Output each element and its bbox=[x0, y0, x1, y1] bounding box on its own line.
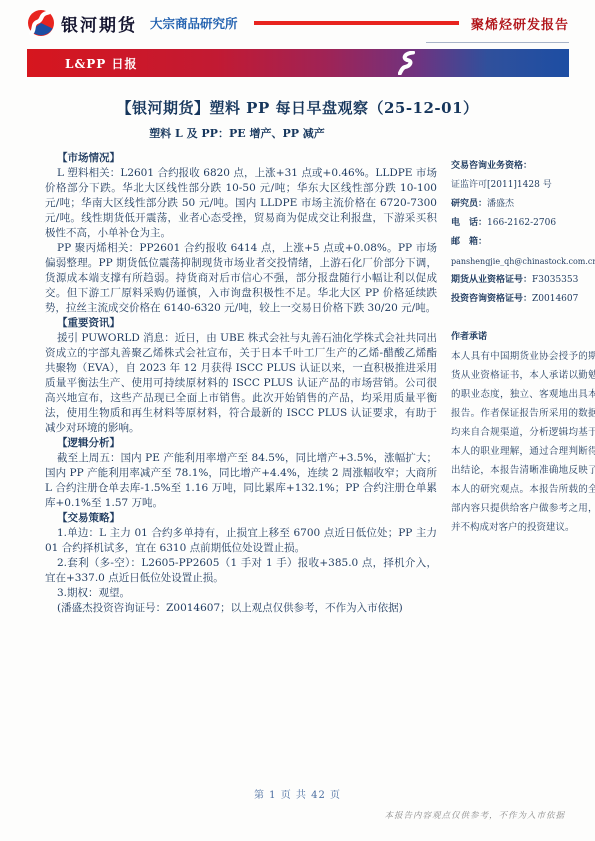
institute-name: 大宗商品研究所 bbox=[150, 14, 238, 32]
report-header: 银河期货 大宗商品研究所 聚烯烃研发报告 L&PP 日报 bbox=[0, 0, 595, 77]
header-divider-line bbox=[254, 21, 459, 25]
report-tag-underline bbox=[426, 42, 569, 43]
email-label: 邮 箱： bbox=[451, 237, 487, 247]
page-number: 第 1 页 共 42 页 bbox=[0, 786, 595, 801]
paragraph-l-plastic: L 塑料相关：L2601 合约报收 6820 点，上涨+31 点或+0.46%。… bbox=[45, 166, 437, 241]
strategy-item-options: 3.期权：观望。 bbox=[45, 586, 437, 601]
qualification-row: 交易咨询业务资格： bbox=[451, 157, 595, 176]
email-row: 邮 箱： bbox=[451, 233, 595, 252]
paragraph-news: 援引 PUWORLD 消息：近日，由 UBE 株式会社与丸善石油化学株式会社共同… bbox=[45, 331, 437, 436]
section-heading-news: 【重要资讯】 bbox=[45, 316, 437, 331]
email-address: panshengjie_qh@chinastock.com.cn bbox=[451, 252, 595, 271]
main-column: 【市场情况】 L 塑料相关：L2601 合约报收 6820 点，上涨+31 点或… bbox=[45, 151, 437, 616]
author-promise-text: 本人具有中国期货业协会授予的期货从业资格证书，本人承诺以勤勉的职业态度，独立、客… bbox=[451, 347, 595, 537]
researcher-label: 研究员： bbox=[451, 199, 487, 209]
futures-cert-number: F3035353 bbox=[532, 275, 578, 285]
license-number: 证监许可[2011]1428 号 bbox=[451, 176, 595, 195]
section-heading-logic: 【逻辑分析】 bbox=[45, 436, 437, 451]
brand-name: 银河期货 bbox=[61, 11, 137, 36]
page-title: 【银河期货】塑料 PP 每日早盘观察（25-12-01） bbox=[0, 97, 595, 118]
advisory-cert-label: 投资咨询资格证号： bbox=[451, 294, 532, 304]
phone-label: 电 话： bbox=[451, 218, 487, 228]
banner-s-swoosh-icon bbox=[398, 51, 415, 79]
report-tag: 聚烯烃研发报告 bbox=[471, 14, 569, 33]
page-subtitle: 塑料 L 及 PP：PE 增产、PP 减产 bbox=[27, 125, 447, 141]
futures-cert-row: 期货从业资格证号：F3035353 bbox=[451, 271, 595, 290]
phone-number: 166-2162-2706 bbox=[487, 218, 556, 228]
author-promise-heading: 作者承诺 bbox=[451, 328, 595, 347]
futures-cert-label: 期货从业资格证号： bbox=[451, 275, 532, 285]
strategy-disclaimer-note: (潘盛杰投资咨询证号：Z0014607；以上观点仅供参考，不作为入市依据) bbox=[45, 601, 437, 616]
paragraph-logic: 截至上周五：国内 PE 产能利用率增产至 84.5%，同比增产+3.5%，涨幅扩… bbox=[45, 451, 437, 511]
banner-title: L&PP 日报 bbox=[65, 55, 138, 72]
qualification-label: 交易咨询业务资格： bbox=[451, 161, 532, 171]
sidebar-column: 交易咨询业务资格： 证监许可[2011]1428 号 研究员：潘盛杰 电 话：1… bbox=[451, 151, 595, 616]
section-heading-market: 【市场情况】 bbox=[45, 151, 437, 166]
header-row: 银河期货 大宗商品研究所 聚烯烃研发报告 bbox=[27, 9, 569, 37]
banner-bar: L&PP 日报 bbox=[27, 49, 569, 77]
strategy-item-unilateral: 1.单边：L 主力 01 合约多单持有，止损宜上移至 6700 点近日低位处；P… bbox=[45, 526, 437, 556]
paragraph-pp: PP 聚丙烯相关：PP2601 合约报收 6414 点，上涨+5 点或+0.08… bbox=[45, 241, 437, 316]
advisory-cert-row: 投资咨询资格证号：Z0014607 bbox=[451, 290, 595, 309]
section-heading-strategy: 【交易策略】 bbox=[45, 511, 437, 526]
advisory-cert-number: Z0014607 bbox=[532, 294, 578, 304]
footer-disclaimer: 本报告内容观点仅供参考，不作为入市依据 bbox=[384, 809, 565, 821]
content-columns: 【市场情况】 L 塑料相关：L2601 合约报收 6820 点，上涨+31 点或… bbox=[45, 151, 570, 616]
report-page: 银河期货 大宗商品研究所 聚烯烃研发报告 L&PP 日报 【银河期货】塑料 PP… bbox=[0, 0, 595, 841]
phone-row: 电 话：166-2162-2706 bbox=[451, 214, 595, 233]
researcher-name: 潘盛杰 bbox=[487, 199, 514, 209]
researcher-row: 研究员：潘盛杰 bbox=[451, 195, 595, 214]
galaxy-futures-logo-icon bbox=[27, 9, 55, 37]
strategy-item-arbitrage: 2.套利（多-空）：L2605-PP2605（1 手对 1 手）报收+385.0… bbox=[45, 556, 437, 586]
